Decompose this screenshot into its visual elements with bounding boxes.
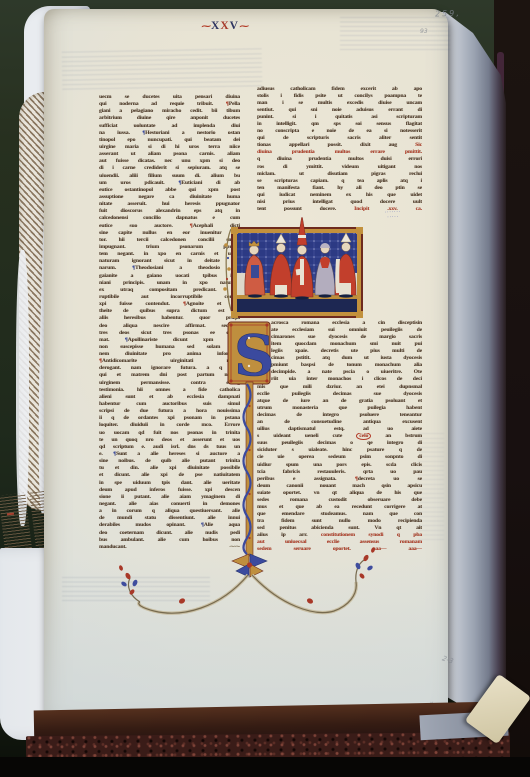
text-line: tor. hii tercii calcedonen concilii snia… bbox=[99, 237, 240, 244]
text-line: na iussa. ¶Hestoriani a nestorio ostan bbox=[99, 130, 240, 137]
text-line: eutice suo auctore. ¶Acephali dicti bbox=[99, 223, 240, 230]
text-line: fuit dioscorus alexandrin eps atq in bbox=[99, 208, 240, 215]
initial-tail-bar bbox=[244, 382, 254, 556]
text-line: aut fuisse dicatas. nec unu xpm si deo bbox=[99, 158, 240, 165]
text-line: tent possunt docere. Incipit .xxv. ca. bbox=[257, 206, 422, 213]
text-line: punint. si i quitatis asi scripturam bbox=[257, 114, 422, 121]
text-line: man i se multis excedis diuise uncam bbox=[257, 100, 422, 107]
text-line: stolis i fidis psite ut concilys poampna… bbox=[257, 93, 422, 100]
text-line: narum. ¶Theodosiani a theodosio et bbox=[99, 265, 240, 272]
text-line: eutice ostantinopol abbe qui xpm post bbox=[99, 187, 240, 194]
initial-S: S bbox=[228, 322, 274, 389]
flourish-right: ⁓ bbox=[239, 21, 249, 31]
text-line: ruptibile aut incorruptibile corpus bbox=[99, 294, 240, 301]
text-line: uecm se ducetes uita pensari diuina bbox=[99, 94, 240, 101]
text-line: calcedonensi concilio dapnatus e cum bbox=[99, 215, 240, 222]
illuminated-initial-flourish: S bbox=[100, 318, 390, 618]
text-line: sentiut. qui sni noie aduisus errant di bbox=[257, 107, 422, 114]
floor bbox=[237, 299, 357, 312]
text-line: naturam ignorant sicut in deitate pso bbox=[99, 258, 240, 265]
text-line: tinopol epo nuncupati. qui beatam dei bbox=[99, 137, 240, 144]
text-line: niani principis. unam in xpo naturam bbox=[99, 280, 240, 287]
show-through-text bbox=[340, 16, 450, 50]
text-line: se scripturas capiam. q tea aplis atq i bbox=[257, 178, 422, 185]
text-line: sine capite nullus en eor inuenitur auc bbox=[99, 230, 240, 237]
text-line: adiusus catholicam fidem excerit ab apo bbox=[257, 86, 422, 93]
page-edge-highlight bbox=[16, 250, 29, 526]
text-line: asserant ut aliam psona carnis. aliam bbox=[99, 151, 240, 158]
text-line: nitate asseruit. hui heresis ppugnator bbox=[99, 201, 240, 208]
text-line: diuina prudentia multos errare pmittit. bbox=[257, 149, 422, 156]
text-line: miclam. ut disutiam pigras reclui bbox=[257, 171, 422, 178]
text-column-right-upper: adiusus catholicam fidem excerit ab apos… bbox=[257, 86, 422, 213]
tendril-right bbox=[252, 547, 376, 613]
text-line: ros di ymittit. videum uitigant nos bbox=[257, 164, 422, 171]
text-line: ten manifesta fiant. hy ali deo ptin se bbox=[257, 185, 422, 192]
text-line: nisi prius intelligat quod docere uult bbox=[257, 199, 422, 206]
miniature-painting bbox=[222, 213, 367, 320]
manuscript-photo: ⁓XXV⁓ 259, 93 2-3 + ······· ····· uecm s… bbox=[0, 0, 530, 777]
text-line: qui de scripturis sacris aliter sentit bbox=[257, 135, 422, 142]
text-line: qui iudicat neminem ex his que uidet bbox=[257, 192, 422, 199]
text-line: uirgine maria si di hi uros terra niice bbox=[99, 144, 240, 151]
text-line: impugnant. trium psonarum pprieta bbox=[99, 244, 240, 251]
text-line: gaianite a gaiano uocati tpibus iusti bbox=[99, 273, 240, 280]
text-line: um uros pdicauit. ¶Euticiani di ab bbox=[99, 180, 240, 187]
text-line: uiuendii. aliii filium suum di. alium bu bbox=[99, 173, 240, 180]
text-line: in intelligit. qm sps soi sensus flagita… bbox=[257, 121, 422, 128]
text-line: sufficiat uoluntate ad implenda diui bbox=[99, 123, 240, 130]
text-line: qui noderna ad requie tribuit. ¶Pella bbox=[99, 101, 240, 108]
text-line: no conscripta e noie de ea si notesserit bbox=[257, 128, 422, 135]
text-line: tem negant. in xpo en carnis et uerbi bbox=[99, 251, 240, 258]
text-line: q diuina prudentia multos duisi errori bbox=[257, 156, 422, 163]
pencil-note: 93 bbox=[420, 28, 428, 35]
svg-text:S: S bbox=[234, 323, 274, 389]
folio-number: 259, bbox=[435, 9, 461, 19]
background-bottom bbox=[0, 757, 530, 777]
text-line: theite de quibus supra dictum est in bbox=[99, 308, 240, 315]
text-line: xpi fuisse contendut. ¶Agnoite et tri bbox=[99, 301, 240, 308]
text-line: tionas appellari possit. dixit aug Sic bbox=[257, 142, 422, 149]
text-line: giani a pelagiano miracho cedit. bii tib… bbox=[99, 108, 240, 115]
chapter-numeral: ⁓XXV⁓ bbox=[193, 20, 257, 35]
text-line: di i carne crediderit si sepiuram. atq s… bbox=[99, 165, 240, 172]
show-through-text bbox=[62, 46, 263, 89]
tail-knot bbox=[232, 554, 267, 577]
tendril-left bbox=[118, 565, 248, 613]
underlying-page-edges bbox=[440, 12, 506, 714]
text-line: arbitrium diuine qire anponit ducetes bbox=[99, 115, 240, 122]
text-line: ex utraq compositam predicant. cor bbox=[99, 287, 240, 294]
flourish-left: ⁓ bbox=[201, 21, 211, 31]
text-line: assuptione negare ca diuinitate huma bbox=[99, 194, 240, 201]
